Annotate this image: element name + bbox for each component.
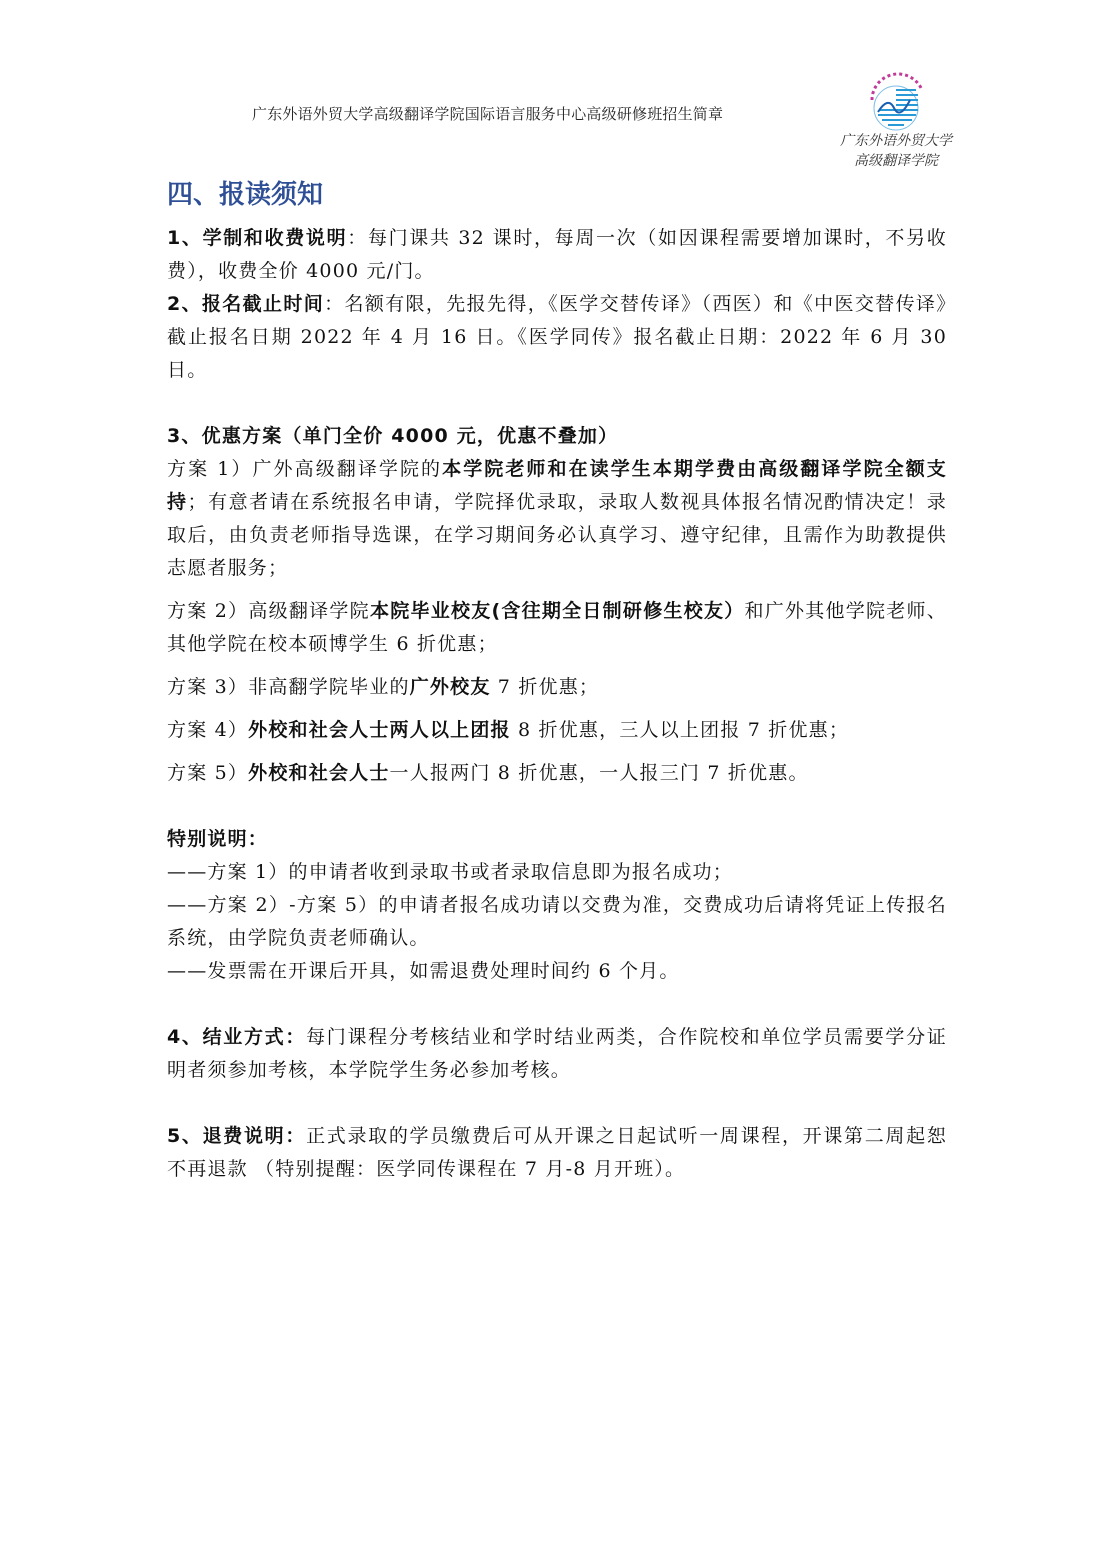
item-5: 5、退费说明：正式录取的学员缴费后可从开课之日起试听一周课程，开课第二周起恕不再… — [167, 1120, 947, 1186]
plan-5-highlight: 外校和社会人士 — [248, 762, 389, 784]
section-title: 四、报读须知 — [167, 178, 947, 222]
college-logo-icon — [832, 72, 960, 132]
plan-3-highlight: 广外校友 — [410, 676, 491, 698]
plan-4-prefix: 方案 4） — [167, 719, 248, 741]
special-notes-label: 特别说明： — [167, 823, 947, 856]
item-3-heading: 3、优惠方案（单门全价 4000 元，优惠不叠加） — [167, 425, 618, 447]
college-logo: 广东外语外贸大学 高级翻译学院 — [832, 72, 960, 170]
plan-1: 方案 1）广外高级翻译学院的本学院老师和在读学生本期学费由高级翻译学院全额支持；… — [167, 453, 947, 585]
plan-1-suffix: ；有意者请在系统报名申请，学院择优录取，录取人数视具体报名情况酌情决定！录取后，… — [167, 491, 947, 579]
item-2: 2、报名截止时间：名额有限，先报先得，《医学交替传译》（西医）和《中医交替传译》… — [167, 288, 947, 387]
item-5-label: 5、退费说明： — [167, 1125, 306, 1147]
logo-line-1: 广东外语外贸大学 — [832, 130, 960, 150]
logo-line-2: 高级翻译学院 — [832, 150, 960, 170]
document-header-title: 广东外语外贸大学高级翻译学院国际语言服务中心高级研修班招生简章 — [252, 103, 723, 124]
item-1: 1、学制和收费说明：每门课共 32 课时，每周一次（如因课程需要增加课时，不另收… — [167, 222, 947, 288]
item-4: 4、结业方式：每门课程分考核结业和学时结业两类，合作院校和单位学员需要学分证明者… — [167, 1021, 947, 1087]
item-3-label: 3、优惠方案（单门全价 4000 元，优惠不叠加） — [167, 420, 947, 453]
special-note-2: ——方案 2）-方案 5）的申请者报名成功请以交费为准，交费成功后请将凭证上传报… — [167, 889, 947, 955]
plan-2: 方案 2）高级翻译学院本院毕业校友(含往期全日制研修生校友）和广外其他学院老师、… — [167, 595, 947, 661]
plan-4: 方案 4）外校和社会人士两人以上团报 8 折优惠，三人以上团报 7 折优惠； — [167, 714, 947, 747]
plan-3: 方案 3）非高翻学院毕业的广外校友 7 折优惠； — [167, 671, 947, 704]
document-body: 四、报读须知 1、学制和收费说明：每门课共 32 课时，每周一次（如因课程需要增… — [167, 178, 947, 1186]
special-notes-heading: 特别说明： — [167, 828, 268, 850]
item-4-label: 4、结业方式： — [167, 1026, 306, 1048]
special-note-1: ——方案 1）的申请者收到录取书或者录取信息即为报名成功； — [167, 856, 947, 889]
plan-4-suffix: 8 折优惠，三人以上团报 7 折优惠； — [511, 719, 849, 741]
plan-3-prefix: 方案 3）非高翻学院毕业的 — [167, 676, 410, 698]
special-note-3: ——发票需在开课后开具，如需退费处理时间约 6 个月。 — [167, 955, 947, 988]
plan-2-highlight: 本院毕业校友(含往期全日制研修生校友） — [370, 600, 745, 622]
item-1-label: 1、学制和收费说明 — [167, 227, 347, 249]
plan-4-highlight: 外校和社会人士两人以上团报 — [248, 719, 511, 741]
plan-5-prefix: 方案 5） — [167, 762, 248, 784]
plan-1-prefix: 方案 1）广外高级翻译学院的 — [167, 458, 442, 480]
plan-5: 方案 5）外校和社会人士一人报两门 8 折优惠，一人报三门 7 折优惠。 — [167, 757, 947, 790]
plan-3-suffix: 7 折优惠； — [491, 676, 600, 698]
plan-2-prefix: 方案 2）高级翻译学院 — [167, 600, 370, 622]
item-2-label: 2、报名截止时间 — [167, 293, 324, 315]
plan-5-suffix: 一人报两门 8 折优惠，一人报三门 7 折优惠。 — [390, 762, 809, 784]
